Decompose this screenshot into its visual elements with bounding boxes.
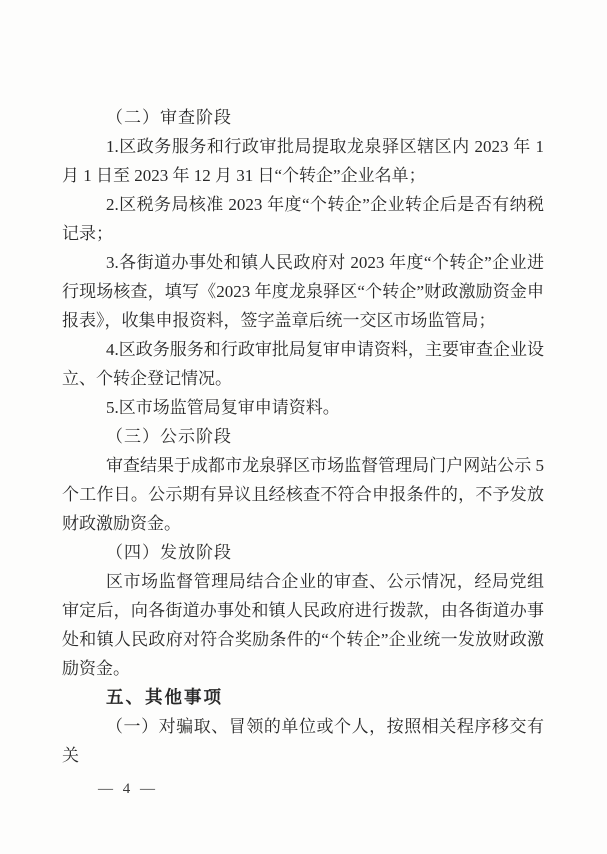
paragraph-review-item-5: 5.区市场监管局复审申请资料。 (62, 393, 544, 422)
paragraph-grant-detail: 区市场监督管理局结合企业的审查、公示情况，经局党组审定后，向各街道办事处和镇人民… (62, 567, 544, 683)
paragraph-review-item-3: 3.各街道办事处和镇人民政府对 2023 年度“个转企”企业进行现场核查，填写《… (62, 248, 544, 335)
paragraph-review-item-4: 4.区政务服务和行政审批局复审申请资料，主要审查企业设立、个转企登记情况。 (62, 335, 544, 393)
paragraph-review-item-2: 2.区税务局核准 2023 年度“个转企”企业转企后是否有纳税记录； (62, 190, 544, 248)
paragraph-review-item-1: 1.区政务服务和行政审批局提取龙泉驿区辖区内 2023 年 1 月 1 日至 2… (62, 132, 544, 190)
section-heading-grant-stage: （四）发放阶段 (62, 538, 544, 567)
page-number: — 4 — (98, 781, 158, 798)
section-heading-review-stage: （二）审查阶段 (62, 103, 544, 132)
paragraph-publicity-detail: 审查结果于成都市龙泉驿区市场监督管理局门户网站公示 5 个工作日。公示期有异议且… (62, 451, 544, 538)
document-body: （二）审查阶段 1.区政务服务和行政审批局提取龙泉驿区辖区内 2023 年 1 … (62, 103, 544, 770)
paragraph-other-matters-item-1: （一）对骗取、冒领的单位或个人，按照相关程序移交有关 (62, 712, 544, 770)
section-heading-other-matters: 五、其他事项 (62, 683, 544, 712)
section-heading-publicity-stage: （三）公示阶段 (62, 422, 544, 451)
scanned-document-page: （二）审查阶段 1.区政务服务和行政审批局提取龙泉驿区辖区内 2023 年 1 … (0, 0, 607, 854)
